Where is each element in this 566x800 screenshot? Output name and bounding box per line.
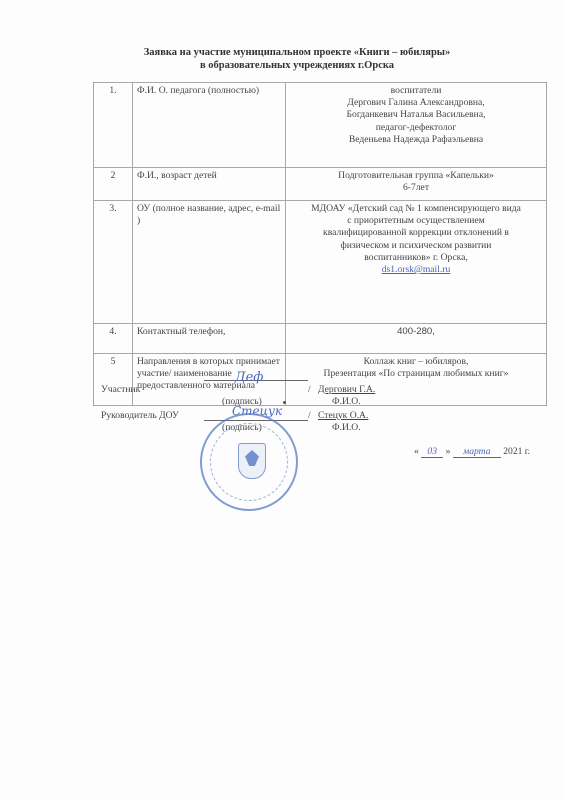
head-label: Руководитель ДОУ: [101, 410, 179, 421]
date-day: 03: [421, 446, 443, 458]
title-line-2: в образовательных учреждениях г.Орска: [14, 59, 566, 72]
row-number: 2: [94, 168, 133, 201]
date-open-quote: «: [414, 446, 419, 457]
date-line: « 03 » марта 2021 г.: [414, 446, 530, 458]
row-number: 5: [94, 354, 133, 406]
email-link[interactable]: ds1.orsk@mail.ru: [290, 264, 542, 276]
table-row: 4. Контактный телефон, 400-280,: [94, 324, 547, 354]
value-line: Подготовительная группа «Капельки»: [290, 170, 542, 182]
date-year: 2021 г.: [503, 446, 530, 457]
value-line: Презентация «По страницам любимых книг»: [290, 368, 542, 380]
value-line: Коллаж книг – юбиляров,: [290, 356, 542, 368]
row-number: 4.: [94, 324, 133, 354]
head-fio-caption: Ф.И.О.: [332, 422, 361, 433]
value-line: Дергович Галина Александровна,: [290, 97, 542, 109]
table-row: 1. Ф.И. О. педагога (полностью) воспитат…: [94, 83, 547, 168]
participant-fio-caption: Ф.И.О.: [332, 396, 361, 407]
participant-signature: Деф: [235, 370, 263, 385]
value-line: воспитатели: [290, 85, 542, 97]
value-line: Веденьева Надежда Рафаэльевна: [290, 134, 542, 146]
table-row: 2 Ф.И., возраст детей Подготовительная г…: [94, 168, 547, 201]
value-line: воспитанников» г. Орска,: [290, 252, 542, 264]
row-value: Подготовительная группа «Капельки» 6-7ле…: [286, 168, 547, 201]
crest-icon: [238, 443, 266, 479]
value-line: квалифицированной коррекции отклонений в: [290, 227, 542, 239]
value-line: 6-7лет: [290, 182, 542, 194]
official-stamp: [200, 413, 298, 511]
head-name: Стецук О.А.: [318, 410, 368, 421]
row-label: Ф.И., возраст детей: [133, 168, 286, 201]
participant-name: Дергович Г.А.: [318, 384, 375, 395]
value-line: Богданкевич Наталья Васильевна,: [290, 109, 542, 121]
row-label: Контактный телефон,: [133, 324, 286, 354]
value-line: физическом и психическом развитии: [290, 240, 542, 252]
slash: /: [308, 410, 311, 421]
slash: /: [308, 384, 311, 395]
row-label: Ф.И. О. педагога (полностью): [133, 83, 286, 168]
table-row: 5 Направления в которых принимает участи…: [94, 354, 547, 406]
title-line-1: Заявка на участие муниципальном проекте …: [14, 46, 566, 59]
row-number: 1.: [94, 83, 133, 168]
row-value: 400-280,: [286, 324, 547, 354]
application-table: 1. Ф.И. О. педагога (полностью) воспитат…: [93, 82, 547, 406]
value-line: педагог-дефектолог: [290, 122, 542, 134]
table-row: 3. ОУ (полное название, адрес, e-mail ) …: [94, 201, 547, 324]
row-value: МДОАУ «Детский сад № 1 компенсирующего в…: [286, 201, 547, 324]
row-value: Коллаж книг – юбиляров, Презентация «По …: [286, 354, 547, 406]
date-month: марта: [453, 446, 501, 458]
row-value: воспитатели Дергович Галина Александровн…: [286, 83, 547, 168]
value-line: МДОАУ «Детский сад № 1 компенсирующего в…: [290, 203, 542, 215]
participant-label: Участник: [101, 384, 140, 395]
date-close-quote: »: [446, 446, 451, 457]
dot-mark: [283, 401, 286, 404]
value-line: с приоритетным осуществлением: [290, 215, 542, 227]
row-label: ОУ (полное название, адрес, e-mail ): [133, 201, 286, 324]
eagle-icon: [245, 450, 259, 466]
row-number: 3.: [94, 201, 133, 324]
phone-value: 400-280,: [290, 326, 542, 338]
